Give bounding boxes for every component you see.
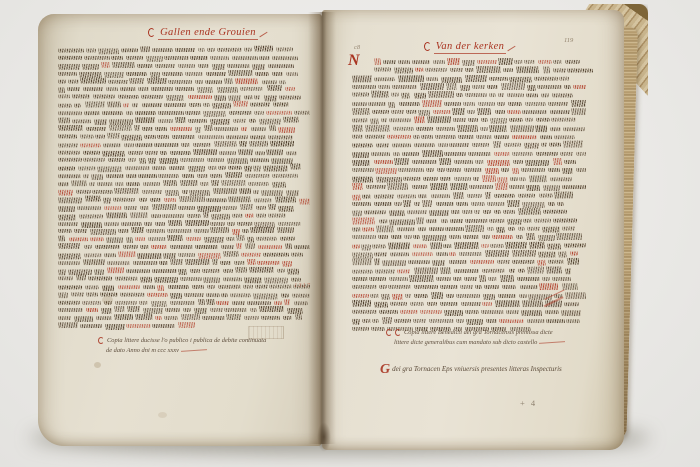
rubric-word [499,319,524,323]
script-word [526,185,540,191]
script-word [127,307,140,313]
script-word [207,48,215,52]
script-word [245,174,270,178]
script-word [67,87,80,91]
script-word [388,242,409,248]
script-word [182,190,188,194]
script-word [227,64,250,68]
script-word [379,219,388,223]
script-word [538,251,555,257]
script-word [485,250,509,256]
page-stain [94,362,101,368]
script-word [169,166,186,170]
rubric-word [266,111,291,115]
script-word [538,193,552,197]
script-word [418,110,430,116]
script-word [103,143,121,147]
script-word [541,94,549,98]
script-word [203,103,210,107]
pilcrow-icon [424,42,431,51]
script-word [79,214,103,219]
script-word [118,95,139,100]
script-word [379,285,387,289]
script-word [254,95,260,99]
script-word [552,94,573,98]
script-word [162,213,184,217]
rubric-word [482,175,496,181]
script-word [286,190,299,196]
script-word [416,127,433,131]
script-word [108,158,125,162]
script-word [178,253,195,257]
script-word [521,168,545,172]
script-word [170,245,193,249]
script-word [183,308,192,312]
script-word [150,198,162,202]
script-word [436,252,448,256]
script-word [476,135,492,139]
script-word [124,206,137,210]
rubric-word [374,59,381,65]
script-word [498,58,512,64]
script-word [369,277,386,281]
script-word [432,260,446,266]
rubric-word [126,324,151,328]
rubric-word [447,59,459,65]
rubric-word [247,259,256,265]
rubric-word [538,60,552,64]
script-word [130,212,148,218]
script-word [508,102,523,106]
script-line [58,54,310,62]
script-word [456,319,464,323]
script-word [475,160,484,164]
rubric-word [512,168,519,174]
script-word [102,111,123,115]
script-word [436,127,454,131]
rubric-word [512,135,537,139]
script-word [114,307,125,313]
script-word [364,210,386,214]
script-word [135,315,153,321]
script-word [250,135,266,139]
script-word [86,292,99,296]
left-page-footer-note: Copia littere ducisse l'o publico i publ… [98,336,324,355]
script-word [139,197,147,201]
margin-year-note: 1317 [294,282,311,289]
rubric-word [164,198,176,202]
pilcrow-icon [386,329,392,336]
script-word [143,285,155,289]
script-word [294,245,310,249]
script-word [277,268,285,272]
script-word [379,310,398,314]
script-word [269,125,276,131]
script-word [391,110,404,114]
script-word [503,68,513,72]
script-word [180,158,204,162]
script-word [179,196,205,202]
script-word [406,110,417,114]
script-word [502,285,516,289]
script-word [536,152,559,156]
script-line [352,308,586,317]
script-word [552,277,571,281]
right-page-header-text: Van der kerken [434,41,507,54]
script-word [542,226,560,232]
script-word [464,277,477,281]
script-word [226,314,241,320]
script-word [500,275,514,281]
script-word [472,143,489,147]
script-word [213,188,237,194]
script-word [189,103,201,107]
script-word [82,63,99,69]
script-word [440,177,451,181]
script-word [221,180,245,186]
script-word [121,221,142,225]
script-word [393,152,400,156]
script-word [567,69,593,74]
rubric-word [188,95,212,100]
script-word [175,117,186,123]
script-word [508,227,515,231]
script-word [454,242,479,248]
rubric-word [553,159,562,165]
script-word [456,93,464,97]
script-word [413,267,438,273]
script-word [427,302,436,306]
script-word [58,197,82,203]
script-word [124,143,134,147]
script-word [228,196,250,202]
rubric-word [241,253,260,257]
script-word [285,244,292,250]
script-word [487,227,494,231]
script-line [352,183,586,192]
script-word [474,210,480,214]
rubric-word [278,127,295,133]
script-word [370,293,380,297]
script-word [256,237,277,241]
script-word [368,102,385,106]
script-word [107,133,120,139]
script-word [181,315,200,321]
script-word [80,324,102,328]
script-word [217,47,242,52]
script-word [527,319,545,323]
script-word [507,94,523,98]
script-line [352,91,586,100]
script-line [58,211,310,220]
script-word [497,102,505,106]
rubric-word [400,310,418,314]
rubric-word [169,127,191,131]
script-word [378,235,387,239]
script-word [365,135,385,139]
script-word [553,60,562,64]
script-word [566,319,580,323]
script-word [210,174,222,178]
script-word [413,135,420,139]
rubric-word [362,227,374,231]
script-word [428,92,454,98]
script-word [115,300,136,304]
script-word [449,260,468,264]
script-word [142,103,162,107]
script-word [95,134,105,138]
script-word [408,260,431,264]
script-word [488,77,507,81]
rubric-word [236,244,242,250]
script-word [169,259,183,265]
script-word [197,205,221,211]
script-word [438,143,447,147]
script-word [549,143,561,147]
script-word [132,103,139,107]
script-word [441,77,462,83]
script-word [381,119,387,123]
rubric-word [397,269,411,273]
script-word [464,168,482,172]
script-word [72,119,92,123]
rubric-word [492,235,513,239]
script-word [248,182,269,186]
script-word [58,300,80,304]
script-word [279,80,286,84]
script-word [134,125,140,131]
script-word [449,143,469,147]
script-word [465,225,484,231]
script-word [404,235,411,239]
script-word [374,302,388,308]
script-word [374,194,394,199]
script-word [550,177,572,181]
script-word [85,285,99,289]
script-word [374,77,395,81]
photo-backdrop: Gallen ende Grouien 1317 Copia littere d… [0,0,700,467]
script-word [362,194,371,198]
script-word [490,243,504,247]
script-line [352,233,586,241]
script-word [206,292,220,296]
script-word [72,94,91,98]
script-word [554,135,575,139]
script-word [460,285,472,289]
script-word [232,300,245,304]
script-word [283,117,299,123]
script-word [236,235,245,241]
script-word [567,258,579,264]
script-word [291,252,304,256]
script-word [105,324,124,330]
rubric-word [178,322,195,328]
script-word [135,111,156,115]
rubric-word [274,300,282,304]
script-word [559,76,568,80]
script-word [218,284,241,288]
script-word [168,220,182,226]
script-word [139,300,148,304]
script-word [104,221,118,225]
script-word [388,102,395,108]
left-page-header: Gallen ende Grouien [128,27,288,38]
footer-note-text: Copia littere ducisse l'o publico i publ… [107,337,266,344]
script-word [452,109,464,115]
rubric-word [233,101,249,107]
rubric-word [90,237,104,241]
script-word [157,134,169,138]
script-word [469,185,493,189]
script-word [449,235,461,239]
script-word [71,181,87,187]
script-word [450,68,463,72]
script-word [226,135,248,139]
script-word [523,218,532,222]
script-word [208,166,216,170]
script-word [58,79,66,83]
script-word [210,308,223,312]
script-word [138,174,157,178]
script-word [422,200,433,206]
script-word [85,196,101,202]
script-word [398,60,410,64]
script-word [436,202,454,206]
script-word [562,168,573,174]
script-word [129,78,144,84]
script-word [205,79,221,83]
script-word [114,315,133,321]
script-word [453,277,462,281]
script-word [180,180,199,186]
script-word [453,192,465,198]
script-word [525,118,532,122]
script-word [79,71,102,77]
script-word [420,84,443,90]
script-word [451,210,460,214]
script-word [525,102,546,106]
pilcrow-icon [148,28,155,37]
script-word [195,79,203,83]
script-line [352,283,586,292]
rubric-word [392,293,403,299]
script-word [465,75,488,81]
script-line [58,290,310,299]
script-word [465,68,475,72]
script-word [185,220,209,226]
left-page: Gallen ende Grouien 1317 Copia littere d… [38,14,322,446]
script-word [222,206,237,210]
script-word [223,251,239,257]
script-word [261,316,280,320]
script-word [554,191,573,197]
script-word [427,117,451,123]
script-word [564,302,579,306]
script-word [82,300,101,304]
script-word [444,152,466,156]
script-word [488,277,497,281]
script-word [165,308,180,312]
script-word [468,118,478,122]
script-word [468,152,491,156]
script-word [519,294,526,298]
script-word [198,299,204,305]
script-word [164,316,178,320]
script-word [249,119,256,123]
script-word [269,284,292,288]
script-word [58,55,82,59]
script-word [535,125,547,131]
script-word [80,77,106,83]
script-word [465,93,487,97]
script-word [115,182,125,186]
rubric-word [412,252,433,256]
script-word [405,294,412,298]
rubric-word [374,160,393,164]
script-word [253,190,259,194]
script-word [211,180,219,186]
script-word [381,293,391,299]
script-word [440,285,458,289]
script-word [482,235,490,239]
script-word [541,143,547,147]
script-word [394,202,402,206]
script-word [58,111,82,115]
script-word [393,127,413,131]
script-word [220,261,231,265]
script-word [412,185,429,189]
script-word [501,168,509,172]
script-word [170,292,182,298]
script-word [548,260,565,264]
script-word [158,119,173,123]
script-word [352,176,373,182]
script-word [397,194,415,199]
script-word [193,149,217,155]
script-word [58,134,78,138]
script-word [560,152,574,156]
script-word [437,168,444,172]
script-word [267,86,283,92]
script-word [240,87,263,91]
script-word [509,268,516,272]
script-word [426,219,438,223]
script-word [126,71,146,75]
script-word [398,168,423,172]
script-word [527,227,540,231]
script-word [509,185,525,189]
script-word [445,227,464,231]
script-word [131,228,144,234]
script-word [190,269,200,273]
script-word [172,134,195,138]
script-line [352,150,586,159]
script-word [481,310,504,314]
script-word [83,158,105,162]
page-stain [102,296,113,304]
script-word [538,235,555,241]
footer-note-line: Copia littere ducisse l'o publico i publ… [98,336,324,346]
script-word [182,174,194,178]
script-word [365,125,390,131]
script-word [140,245,149,249]
script-word [287,268,298,274]
script-word [490,118,507,124]
script-word [112,62,136,68]
rubric-word [80,143,101,147]
script-word [195,245,218,249]
rubric-word [352,293,369,297]
